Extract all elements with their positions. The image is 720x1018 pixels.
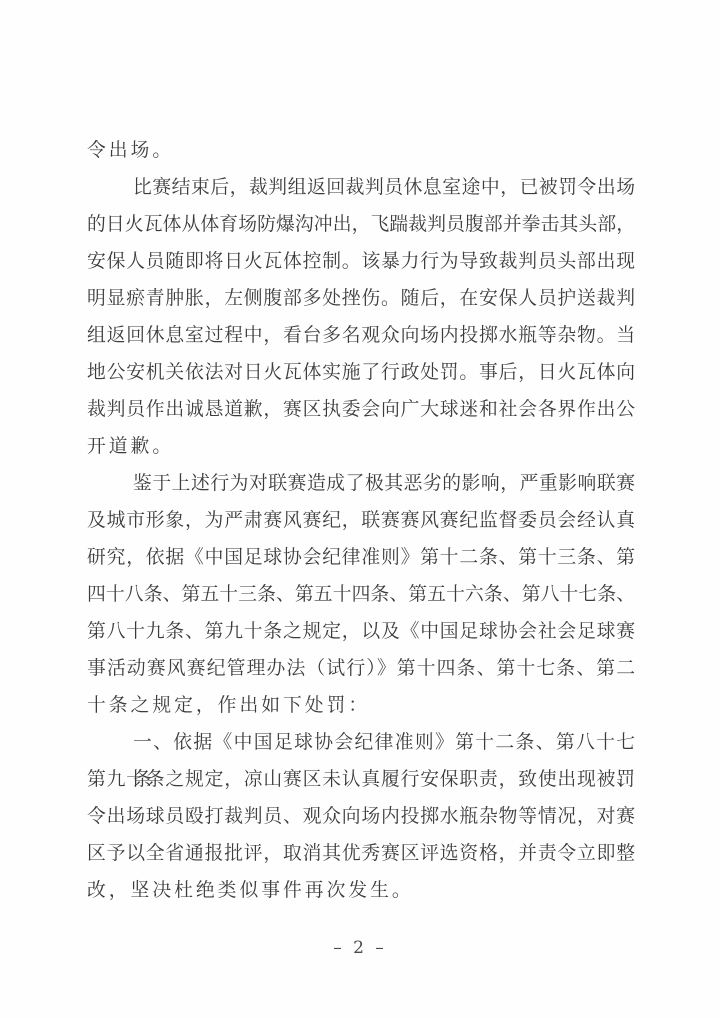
text-line: 四十八条、第五十三条、第五十四条、第五十六条、第八十七条、 (87, 576, 635, 613)
text-line: 鉴于上述行为对联赛造成了极其恶劣的影响，严重影响联赛 (87, 465, 635, 502)
text-line: 组返回休息室过程中，看台多名观众向场内投掷水瓶等杂物。当 (87, 317, 635, 354)
text-line: 裁判员作出诚恳道歉，赛区执委会向广大球迷和社会各界作出公 (87, 391, 635, 428)
text-line: 区予以全省通报批评，取消其优秀赛区评选资格，并责令立即整 (87, 835, 635, 872)
page-number: – 2 – (0, 938, 720, 958)
text-line: 一、依据《中国足球协会纪律准则》第十二条、第八十七条、 (87, 724, 635, 761)
text-line: 的日火瓦体从体育场防爆沟冲出，飞踹裁判员腹部并拳击其头部， (87, 206, 635, 243)
text-line: 事活动赛风赛纪管理办法（试行）》第十四条、第十七条、第二 (87, 650, 635, 687)
text-line: 改，坚决杜绝类似事件再次发生。 (87, 872, 635, 909)
text-line: 开道歉。 (87, 428, 635, 465)
text-line: 安保人员随即将日火瓦体控制。该暴力行为导致裁判员头部出现 (87, 243, 635, 280)
text-line: 明显瘀青肿胀，左侧腹部多处挫伤。随后，在安保人员护送裁判 (87, 280, 635, 317)
document-page: 令出场。 比赛结束后，裁判组返回裁判员休息室途中，已被罚令出场 的日火瓦体从体育… (0, 0, 720, 1018)
text-line: 十条之规定，作出如下处罚： (87, 687, 635, 724)
text-line: 地公安机关依法对日火瓦体实施了行政处罚。事后，日火瓦体向 (87, 354, 635, 391)
text-line: 比赛结束后，裁判组返回裁判员休息室途中，已被罚令出场 (87, 169, 635, 206)
document-body: 令出场。 比赛结束后，裁判组返回裁判员休息室途中，已被罚令出场 的日火瓦体从体育… (87, 132, 635, 909)
text-line: 第九十条之规定，凉山赛区未认真履行安保职责，致使出现被罚 (87, 761, 635, 798)
text-line: 令出场球员殴打裁判员、观众向场内投掷水瓶杂物等情况，对赛 (87, 798, 635, 835)
text-line: 令出场。 (87, 132, 635, 169)
text-line: 研究，依据《中国足球协会纪律准则》第十二条、第十三条、第 (87, 539, 635, 576)
text-line: 第八十九条、第九十条之规定，以及《中国足球协会社会足球赛 (87, 613, 635, 650)
text-line: 及城市形象，为严肃赛风赛纪，联赛赛风赛纪监督委员会经认真 (87, 502, 635, 539)
